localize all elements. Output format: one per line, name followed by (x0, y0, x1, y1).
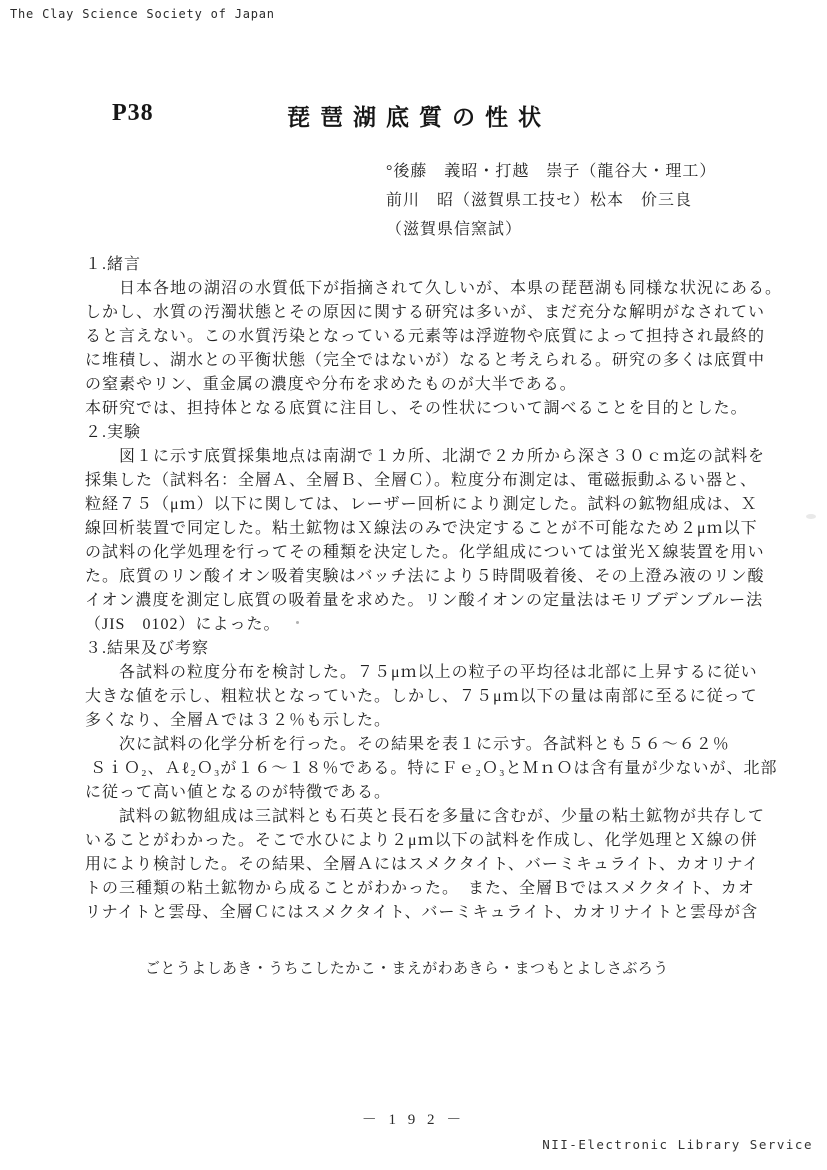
body-text-line: 多くなり、全層Ａでは３２％も示した。 (85, 709, 785, 733)
body-text-line: ２.実験 (85, 421, 785, 445)
body-text-line: 本研究では、担持体となる底質に注目し、その性状について調べることを目的とした。 (85, 397, 785, 421)
body-text-line: １.緒言 (85, 253, 785, 277)
body-text-line: 次に試料の化学分析を行った。その結果を表１に示す。各試料とも５６～６２％ (85, 733, 785, 757)
body-text-line: 採集した（試料名：全層Ａ、全層Ｂ、全層Ｃ）。粒度分布測定は、電磁振動ふるい器と、 (85, 469, 785, 493)
body-text-line: （JIS 0102）によった。 (85, 613, 785, 637)
kana-author-reading: ごとうよしあき・うちこしたかこ・まえがわあきら・まつもとよしさぶろう (145, 957, 669, 978)
scan-noise-dot (296, 621, 299, 624)
author-line: 前川 昭（滋賀県工技セ）松本 价三良 (386, 186, 716, 215)
library-service-label: NII-Electronic Library Service (542, 1137, 813, 1152)
body-text-line: 用により検討した。その結果、全層Ａにはスメクタイト、バーミキュライト、カオリナイ (85, 853, 785, 877)
scan-edge-smudge (806, 514, 816, 519)
author-block: °後藤 義昭・打越 崇子（龍谷大・理工）前川 昭（滋賀県工技セ）松本 价三良（滋… (386, 157, 716, 244)
body-text-line: ると言えない。この水質汚染となっている元素等は浮遊物や底質によって担持され最終的 (85, 325, 785, 349)
author-line: °後藤 義昭・打越 崇子（龍谷大・理工） (386, 157, 716, 186)
body-text-line: イオン濃度を測定し底質の吸着量を求めた。リン酸イオンの定量法はモリブデンブルー法 (85, 589, 785, 613)
abstract-body: １.緒言 日本各地の湖沼の水質低下が指摘されて久しいが、本県の琵琶湖も同様な状況… (85, 253, 785, 925)
body-text-line: いることがわかった。そこで水ひにより２μｍ以下の試料を作成し、化学処理とＸ線の併 (85, 829, 785, 853)
body-text-line: 図１に示す底質採集地点は南湖で１カ所、北湖で２カ所から深さ３０ｃｍ迄の試料を (85, 445, 785, 469)
body-text-line: 各試料の粒度分布を検討した。７５μｍ以上の粒子の平均径は北部に上昇するに従い (85, 661, 785, 685)
body-text-line: の窒素やリン、重金属の濃度や分布を求めたものが大半である。 (85, 373, 785, 397)
body-text-line: トの三種類の粘土鉱物から成ることがわかった。 また、全層Ｂではスメクタイト、カオ (85, 877, 785, 901)
body-text-line: 日本各地の湖沼の水質低下が指摘されて久しいが、本県の琵琶湖も同様な状況にある。 (85, 277, 785, 301)
body-text-line: しかし、水質の汚濁状態とその原因に関する研究は多いが、まだ充分な解明がなされてい (85, 301, 785, 325)
body-text-line: の試料の化学処理を行ってその種類を決定した。化学組成については蛍光Ｘ線装置を用い (85, 541, 785, 565)
page-number: － 1 9 2 － (0, 1108, 827, 1129)
body-text-line: リナイトと雲母、全層Ｃにはスメクタイト、バーミキュライト、カオリナイトと雲母が含 (85, 901, 785, 925)
author-line: （滋賀県信窯試） (386, 215, 716, 244)
body-text-line: た。底質のリン酸イオン吸着実験はバッチ法により５時間吸着後、その上澄み液のリン酸 (85, 565, 785, 589)
body-text-line: 粒経７５（μｍ）以下に関しては、レーザー回析により測定した。試料の鉱物組成は、Ｘ (85, 493, 785, 517)
body-text-line: 大きな値を示し、粗粒状となっていた。しかし、７５μｍ以下の量は南部に至るに従って (85, 685, 785, 709)
scan-noise-dot (237, 547, 240, 550)
body-text-line: に従って高い値となるのが特徴である。 (85, 781, 785, 805)
paper-id: P38 (112, 100, 154, 127)
scanned-paper-page: The Clay Science Society of Japan P38 琵琶… (0, 0, 827, 1170)
paper-title: 琵琶湖底質の性状 (287, 99, 551, 132)
scan-source-label: The Clay Science Society of Japan (10, 7, 275, 21)
body-text-line: ３.結果及び考察 (85, 637, 785, 661)
body-text-line: 試料の鉱物組成は三試料とも石英と長石を多量に含むが、少量の粘土鉱物が共存して (85, 805, 785, 829)
body-text-line: に堆積し、湖水との平衡状態（完全ではないが）なると考えられる。研究の多くは底質中 (85, 349, 785, 373)
body-text-line: 線回析装置で同定した。粘土鉱物はＸ線法のみで決定することが不可能なため２μｍ以下 (85, 517, 785, 541)
body-text-line: ＳｉＯ₂、Ａℓ₂Ｏ₃が１６～１８％である。特にＦｅ₂Ｏ₃とＭｎＯは含有量が少ない… (85, 757, 785, 781)
